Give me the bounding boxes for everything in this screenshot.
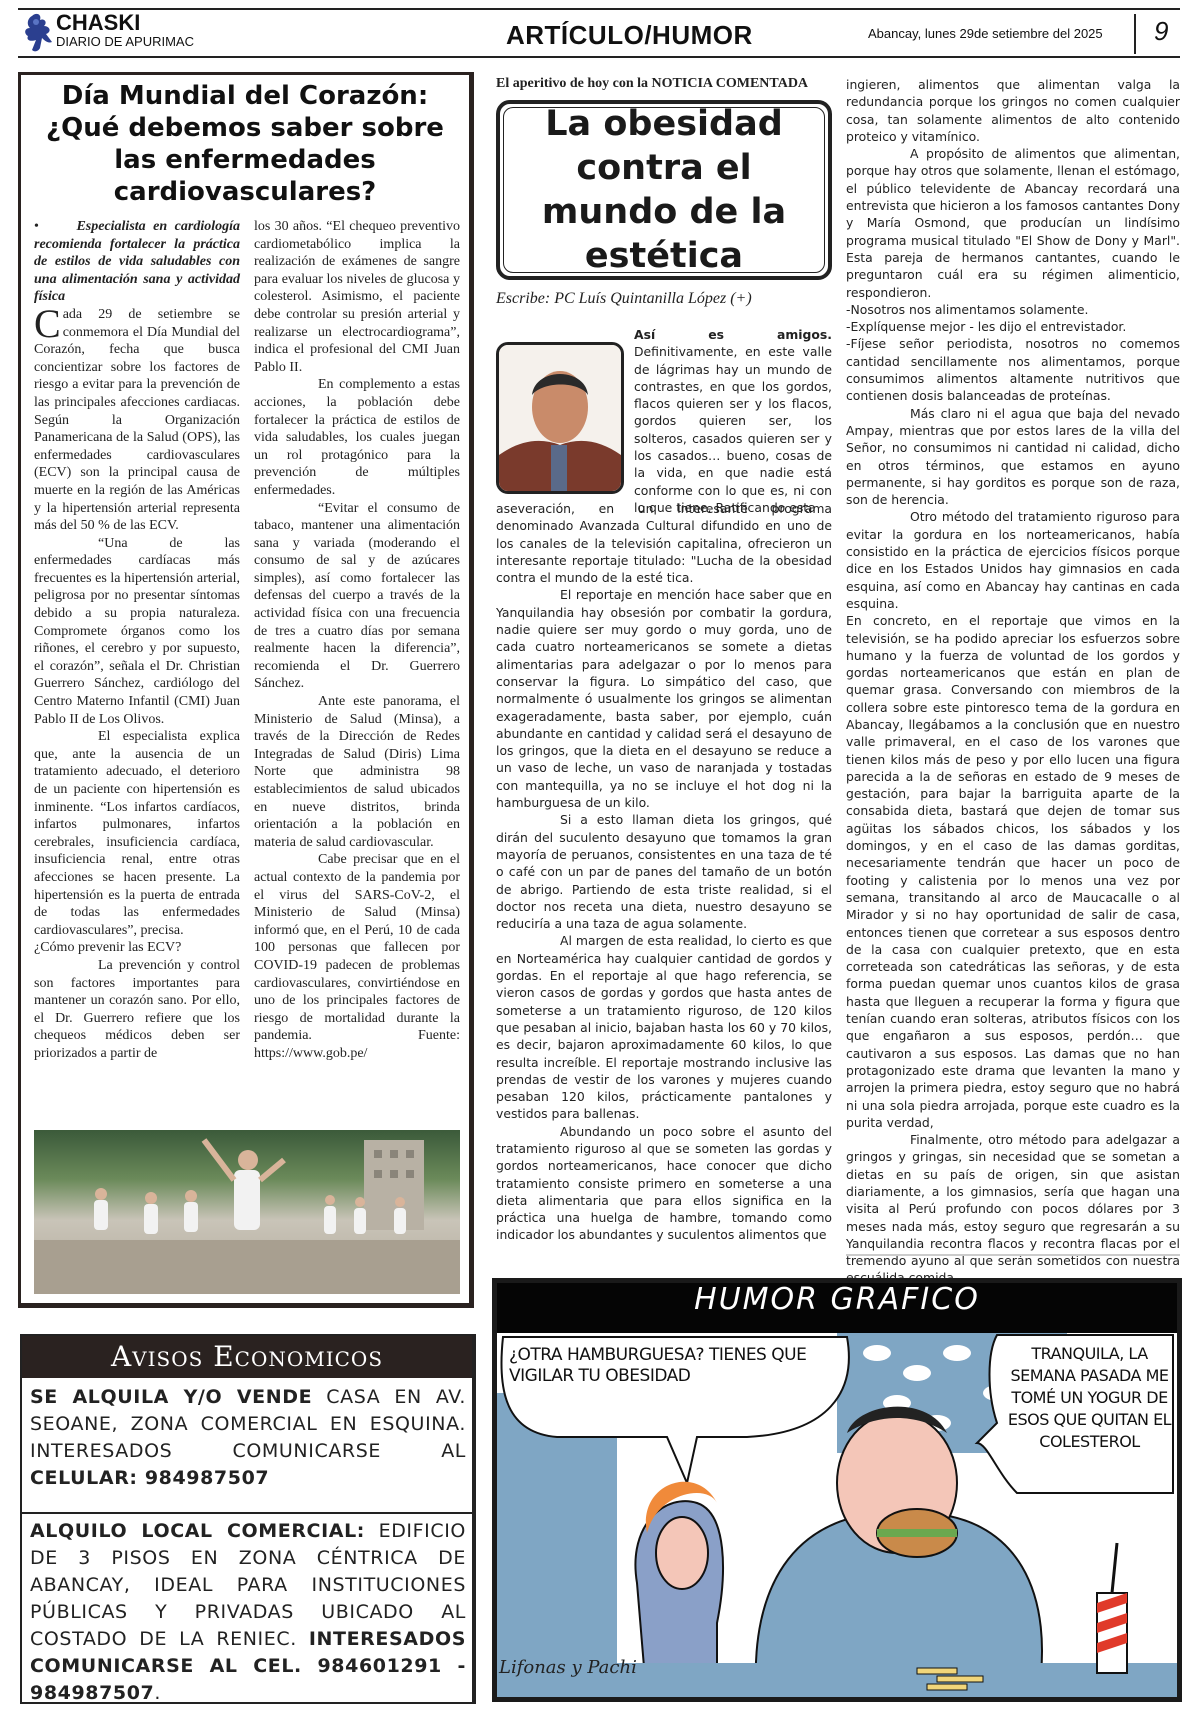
paragraph: aseveración, en un interesante programa … (496, 500, 832, 586)
paragraph: Al margen de esta realidad, lo cierto es… (496, 932, 832, 1122)
brand: CHASKI DIARIO DE APURIMAC (56, 12, 194, 49)
column-title: La obesidad contra el mundo de la estéti… (504, 102, 824, 278)
article-column-1: • Especialista en cardiología recomienda… (34, 218, 240, 1063)
paragraph: Más claro ni el agua que baja del nevado… (846, 405, 1180, 509)
brand-name: CHASKI (56, 12, 194, 34)
exercise-photo (34, 1130, 460, 1294)
cartoon-box: HUMOR GRAFICO ¿OTRA HAMBURGUESA? TIENES … (492, 1278, 1182, 1702)
people-exercising-illustration (34, 1130, 460, 1294)
paragraph: En concreto, en el reportaje que vimos e… (846, 612, 1180, 1131)
paragraph: El especialista explica que, ante la aus… (34, 728, 240, 939)
paragraph: ingieren, alimentos que alimentan valga … (846, 76, 1180, 145)
author-portrait-illustration (499, 345, 621, 491)
cartoon-heading: HUMOR GRAFICO (497, 1283, 1177, 1333)
paragraph: “Evitar el consumo de tabaco, mantener u… (254, 500, 460, 694)
paragraph: La prevención y control son factores imp… (34, 957, 240, 1063)
dateline: Abancay, lunes 29de setiembre del 2025 (868, 26, 1103, 41)
paragraph: En complemento a estas acciones, la pobl… (254, 376, 460, 499)
paragraph: Otro método del tratamiento riguroso par… (846, 508, 1180, 612)
paragraph: “Una de las enfermedades cardíacas más f… (34, 535, 240, 729)
ad-contact: CELULAR: 984987507 (30, 1467, 269, 1489)
divider (846, 1254, 1180, 1256)
column-title-inner: La obesidad contra el mundo de la estéti… (503, 107, 825, 273)
column-title-box: La obesidad contra el mundo de la estéti… (496, 100, 832, 280)
paragraph: Si a esto llaman dieta los gringos, qué … (496, 811, 832, 932)
classifieds-box: Avisos Economicos SE ALQUILA Y/O VENDE C… (20, 1334, 476, 1704)
paragraph: los 30 años. “El chequeo preventivo card… (254, 218, 460, 376)
dialogue-line: -Fíjese señor periodista, nosotros no co… (846, 335, 1180, 404)
article-column-2: los 30 años. “El chequeo preventivo card… (254, 218, 460, 1063)
paragraph: Cabe precisar que en el actual contexto … (254, 851, 460, 1062)
article-headline: Día Mundial del Corazón: ¿Qué debemos sa… (40, 80, 450, 208)
drop-cap: C (34, 308, 61, 340)
paragraph: Finalmente, otro método para adelgazar a… (846, 1131, 1180, 1287)
column-body-right: ingieren, alimentos que alimentan valga … (846, 76, 1180, 1287)
classified-ad-1: SE ALQUILA Y/O VENDE CASA EN AV. SEOANE,… (30, 1384, 466, 1492)
paragraph: Abundando un poco sobre el asunto del tr… (496, 1123, 832, 1244)
author-photo (496, 342, 624, 494)
dialogue-line: -Explíquense mejor - les dijo el entrevi… (846, 318, 1180, 335)
speech-bubble-man: TRANQUILA, LA SEMANA PASADA ME TOMÉ UN Y… (1007, 1343, 1172, 1453)
dialogue-line: -Nosotros nos alimentamos solamente. (846, 301, 1180, 318)
classifieds-heading: Avisos Economicos (22, 1336, 472, 1378)
paragraph: Ante este panorama, el Ministerio de Sal… (254, 693, 460, 851)
paragraph: El reportaje en mención hace saber que e… (496, 586, 832, 811)
byline: Escribe: PC Luís Quintanilla López (+) (496, 290, 752, 308)
divider (1134, 14, 1136, 54)
subheading: ¿Cómo prevenir las ECV? (34, 939, 240, 957)
chaski-runner-icon (22, 12, 56, 54)
bullet-icon: • (34, 219, 76, 234)
column-body: aseveración, en un interesante programa … (496, 500, 832, 1244)
classified-ad-2: ALQUILO LOCAL COMERCIAL: EDIFICIO DE 3 P… (30, 1518, 466, 1707)
article-bullet: • Especialista en cardiología recomienda… (34, 218, 240, 306)
page-number: 9 (1154, 16, 1168, 47)
masthead: CHASKI DIARIO DE APURIMAC ARTÍCULO/HUMOR… (18, 8, 1180, 58)
brand-subtitle: DIARIO DE APURIMAC (56, 34, 194, 49)
intro-lead: Así es amigos. (634, 327, 832, 342)
intro-paragraph: Así es amigos. Definitivamente, en este … (634, 326, 832, 516)
speech-bubble-woman: ¿OTRA HAMBURGUESA? TIENES QUE VIGILAR TU… (509, 1345, 849, 1387)
divider (22, 1512, 472, 1514)
cartoonist-signature: Lifonas y Pachi (499, 1657, 637, 1678)
paragraph: ada 29 de setiembre se conmemora el Día … (34, 307, 240, 533)
kicker: El aperitivo de hoy con la NOTICIA COMEN… (496, 76, 808, 92)
paragraph: A propósito de alimentos que alimentan, … (846, 145, 1180, 301)
section-title: ARTÍCULO/HUMOR (506, 20, 753, 51)
